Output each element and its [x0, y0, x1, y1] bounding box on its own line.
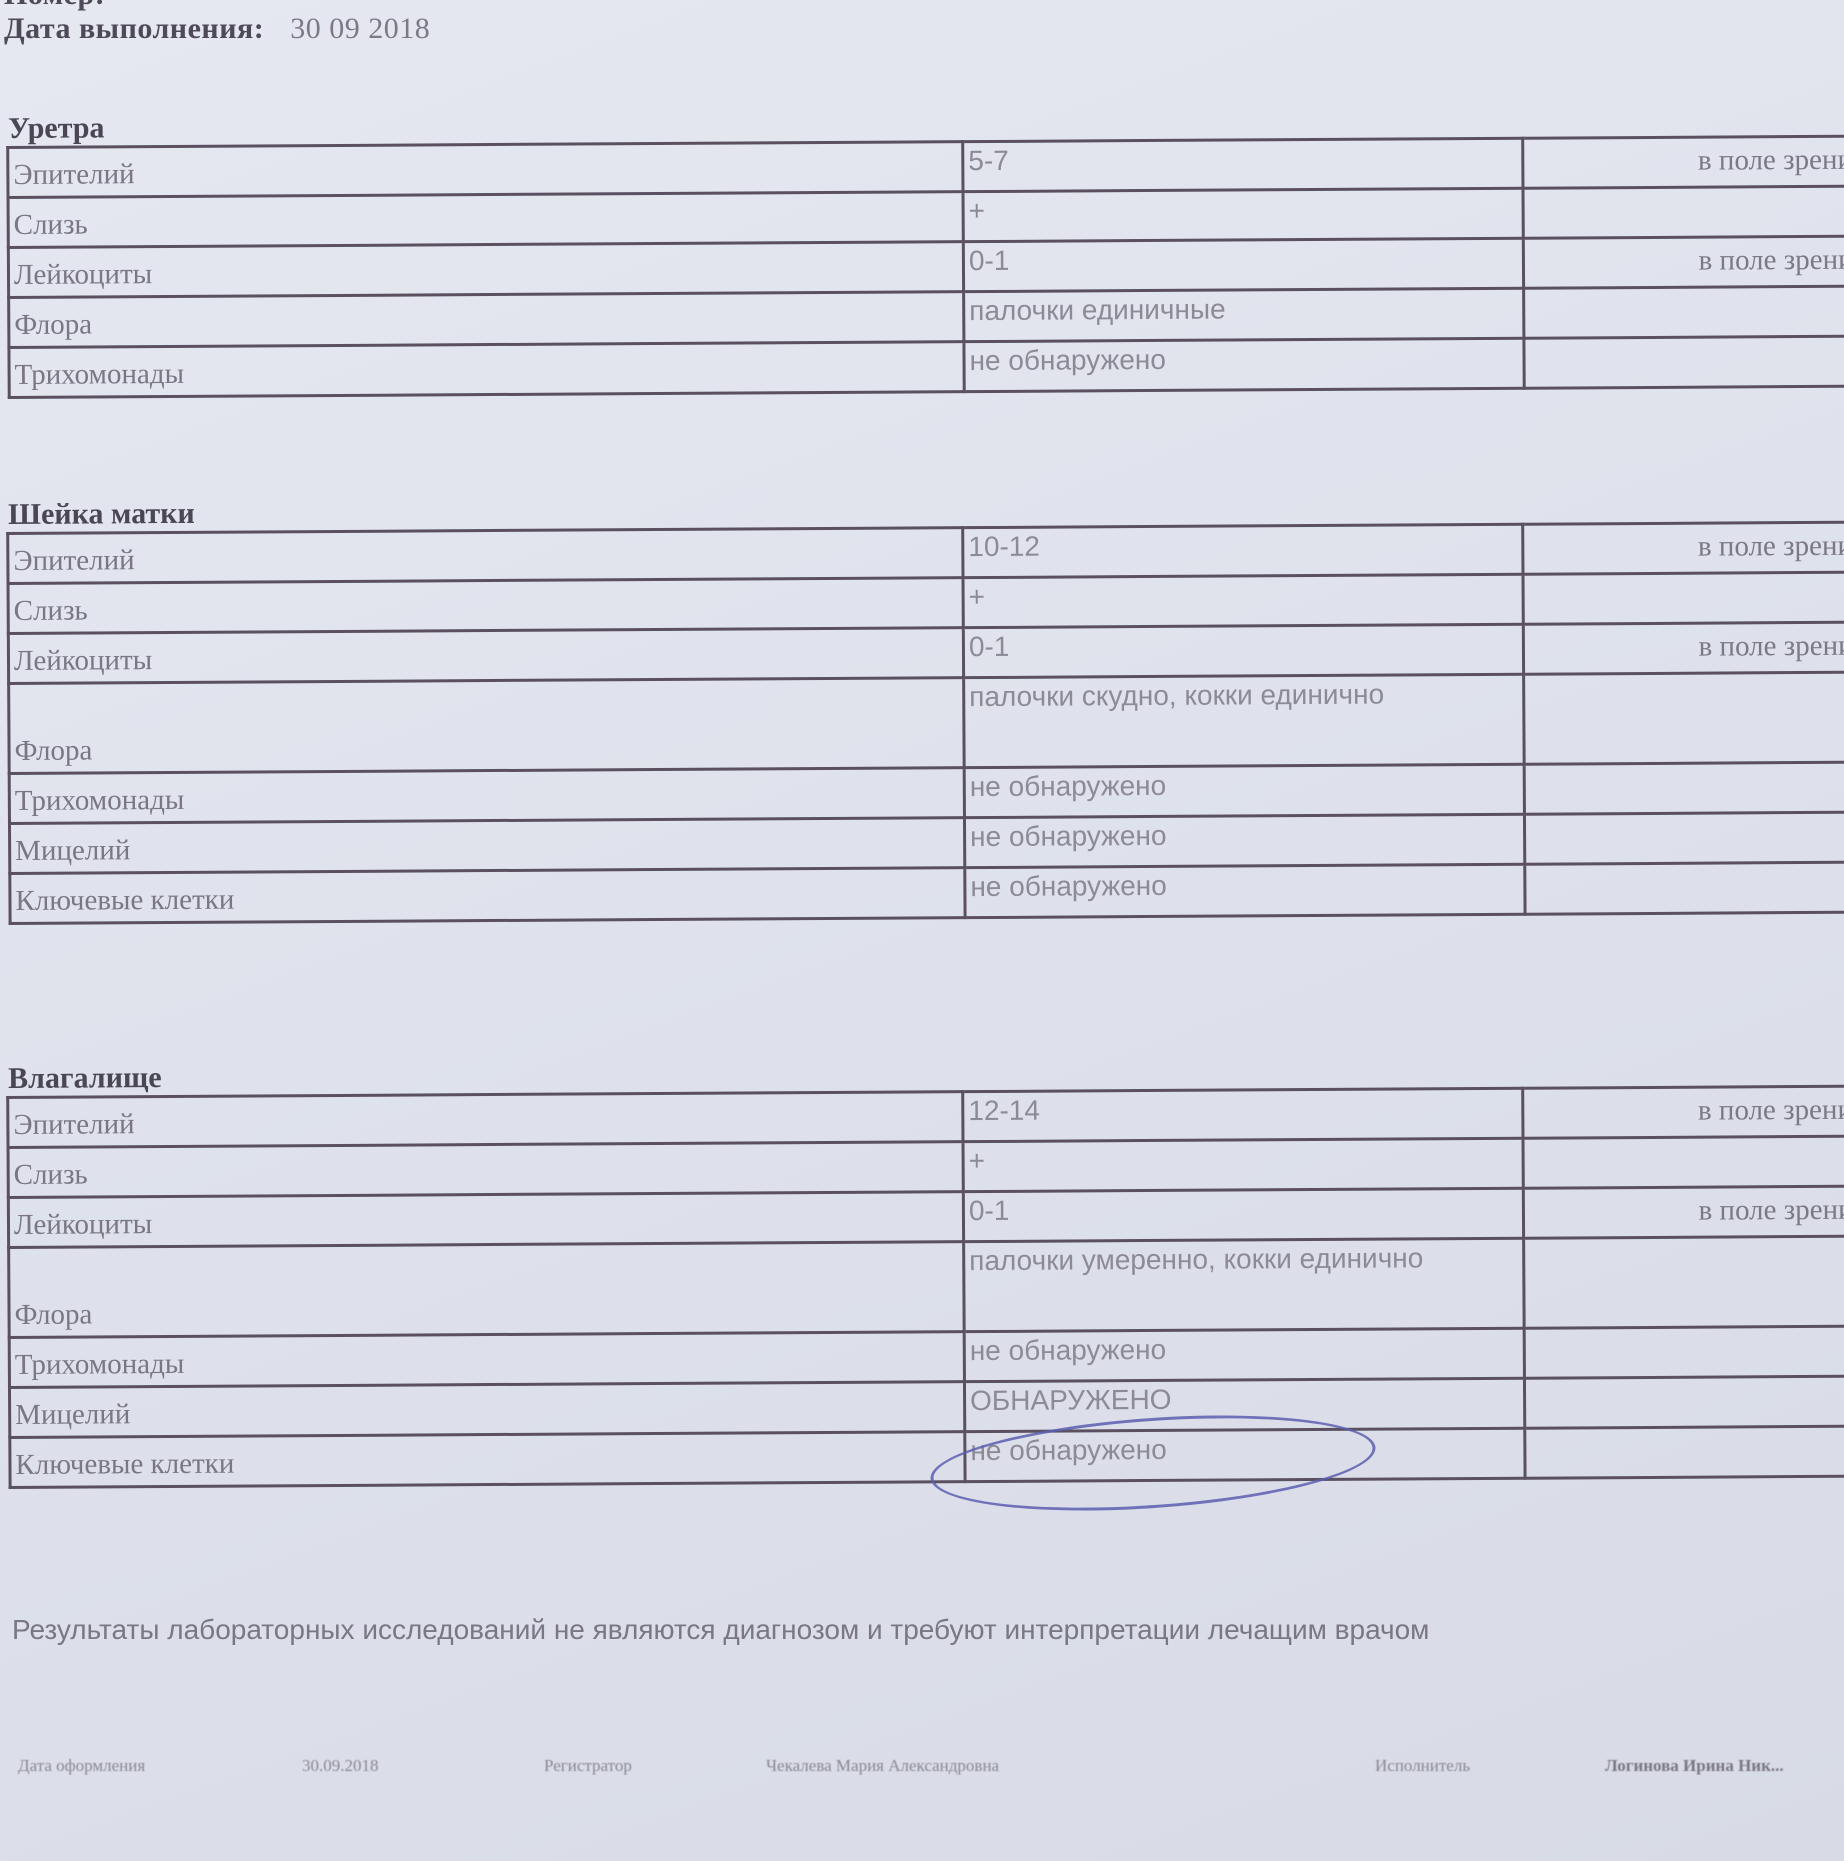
parameter-unit	[1524, 812, 1844, 864]
parameter-name: Лейкоциты	[8, 1192, 963, 1248]
parameter-value: 0-1	[963, 238, 1523, 291]
issue-date-value: 30.09.2018	[302, 1756, 379, 1776]
parameter-unit	[1524, 286, 1844, 338]
performer-name: Логинова Ирина Ник...	[1605, 1756, 1784, 1776]
parameter-name: Лейкоциты	[8, 242, 963, 298]
parameter-name: Слизь	[8, 192, 963, 248]
parameter-name: Ключевые клетки	[10, 868, 965, 924]
parameter-name: Флора	[9, 678, 965, 774]
registrar-name: Чекалева Мария Александровна	[766, 1756, 999, 1776]
parameter-name: Трихомонады	[9, 342, 964, 398]
table-row: Ключевые клеткине обнаружено	[10, 1426, 1844, 1487]
results-table: Эпителий5-7в поле зренияСлизь+Лейкоциты0…	[6, 135, 1844, 399]
parameter-name: Ключевые клетки	[10, 1432, 965, 1488]
parameter-unit	[1525, 1426, 1844, 1478]
parameter-value: палочки единичные	[964, 288, 1524, 341]
parameter-unit: в поле зрения	[1523, 1186, 1844, 1238]
section-vagina: Влагалище Эпителий12-14в поле зренияСлиз…	[6, 1051, 1844, 1489]
parameter-unit	[1524, 1236, 1844, 1328]
parameter-value: не обнаружено	[964, 764, 1524, 817]
parameter-name: Мицелий	[9, 818, 964, 874]
parameter-unit: в поле зрения	[1523, 622, 1844, 674]
parameter-name: Эпителий	[8, 142, 963, 198]
section-urethra: Уретра Эпителий5-7в поле зренияСлизь+Лей…	[6, 101, 1844, 399]
parameter-value: ОБНАРУЖЕНО	[964, 1378, 1524, 1431]
parameter-value: 12-14	[963, 1088, 1523, 1141]
report-number-label: Номер:	[4, 0, 105, 12]
parameter-name: Трихомонады	[9, 1332, 964, 1388]
performer-label: Исполнитель	[1375, 1756, 1470, 1776]
parameter-name: Эпителий	[8, 1092, 963, 1148]
parameter-value: +	[963, 574, 1523, 627]
parameter-unit	[1523, 572, 1844, 624]
parameter-name: Трихомонады	[9, 768, 964, 824]
parameter-value: +	[963, 188, 1523, 241]
parameter-name: Слизь	[8, 1142, 963, 1198]
issue-date-label: Дата оформления	[18, 1756, 145, 1776]
execution-date-value: 30 09 2018	[290, 12, 430, 45]
parameter-unit	[1524, 1326, 1844, 1378]
parameter-unit	[1524, 762, 1844, 814]
parameter-unit	[1523, 1136, 1844, 1188]
results-table: Эпителий12-14в поле зренияСлизь+Лейкоцит…	[6, 1085, 1844, 1489]
report-footer: Дата оформления 30.09.2018 Регистратор Ч…	[0, 1756, 1844, 1786]
parameter-value: не обнаружено	[964, 814, 1524, 867]
lab-report-page: Номер: Дата выполнения:30 09 2018 Уретра…	[0, 0, 1844, 1861]
table-row: Ключевые клеткине обнаружено	[10, 862, 1844, 923]
parameter-value: 5-7	[963, 138, 1523, 191]
parameter-value: не обнаружено	[965, 864, 1525, 917]
parameter-value: 10-12	[963, 524, 1523, 577]
parameter-value: палочки скудно, кокки единично	[964, 674, 1525, 767]
parameter-unit: в поле зрения	[1523, 522, 1844, 574]
table-row: Флорапалочки скудно, кокки единично	[9, 672, 1844, 773]
parameter-unit: в поле зрения	[1523, 1086, 1844, 1138]
parameter-unit: в поле зрения	[1523, 236, 1844, 288]
parameter-value: 0-1	[963, 1188, 1523, 1241]
table-row: Флорапалочки умеренно, кокки единично	[9, 1236, 1844, 1337]
parameter-unit	[1523, 186, 1844, 238]
parameter-value: 0-1	[963, 624, 1523, 677]
section-cervix: Шейка матки Эпителий10-12в поле зренияСл…	[6, 487, 1844, 925]
parameter-unit: в поле зрения	[1523, 136, 1844, 188]
parameter-value: не обнаружено	[964, 338, 1524, 391]
execution-date: Дата выполнения:30 09 2018	[4, 12, 430, 46]
execution-date-label: Дата выполнения:	[4, 12, 264, 45]
parameter-name: Слизь	[8, 578, 963, 634]
parameter-unit	[1524, 672, 1844, 764]
parameter-value: палочки умеренно, кокки единично	[964, 1238, 1525, 1331]
parameter-unit	[1524, 336, 1844, 388]
parameter-value: +	[963, 1138, 1523, 1191]
parameter-value: не обнаружено	[964, 1328, 1524, 1381]
parameter-name: Мицелий	[9, 1382, 964, 1438]
parameter-value: не обнаружено	[965, 1428, 1525, 1481]
table-row: Трихомонадыне обнаружено	[9, 336, 1844, 397]
registrar-label: Регистратор	[544, 1756, 632, 1776]
disclaimer-text: Результаты лабораторных исследований не …	[12, 1608, 1844, 1652]
parameter-name: Флора	[9, 1242, 965, 1338]
parameter-unit	[1525, 862, 1844, 914]
results-table: Эпителий10-12в поле зренияСлизь+Лейкоцит…	[6, 521, 1844, 925]
parameter-name: Флора	[9, 292, 964, 348]
parameter-unit	[1524, 1376, 1844, 1428]
parameter-name: Эпителий	[8, 528, 963, 584]
parameter-name: Лейкоциты	[8, 628, 963, 684]
